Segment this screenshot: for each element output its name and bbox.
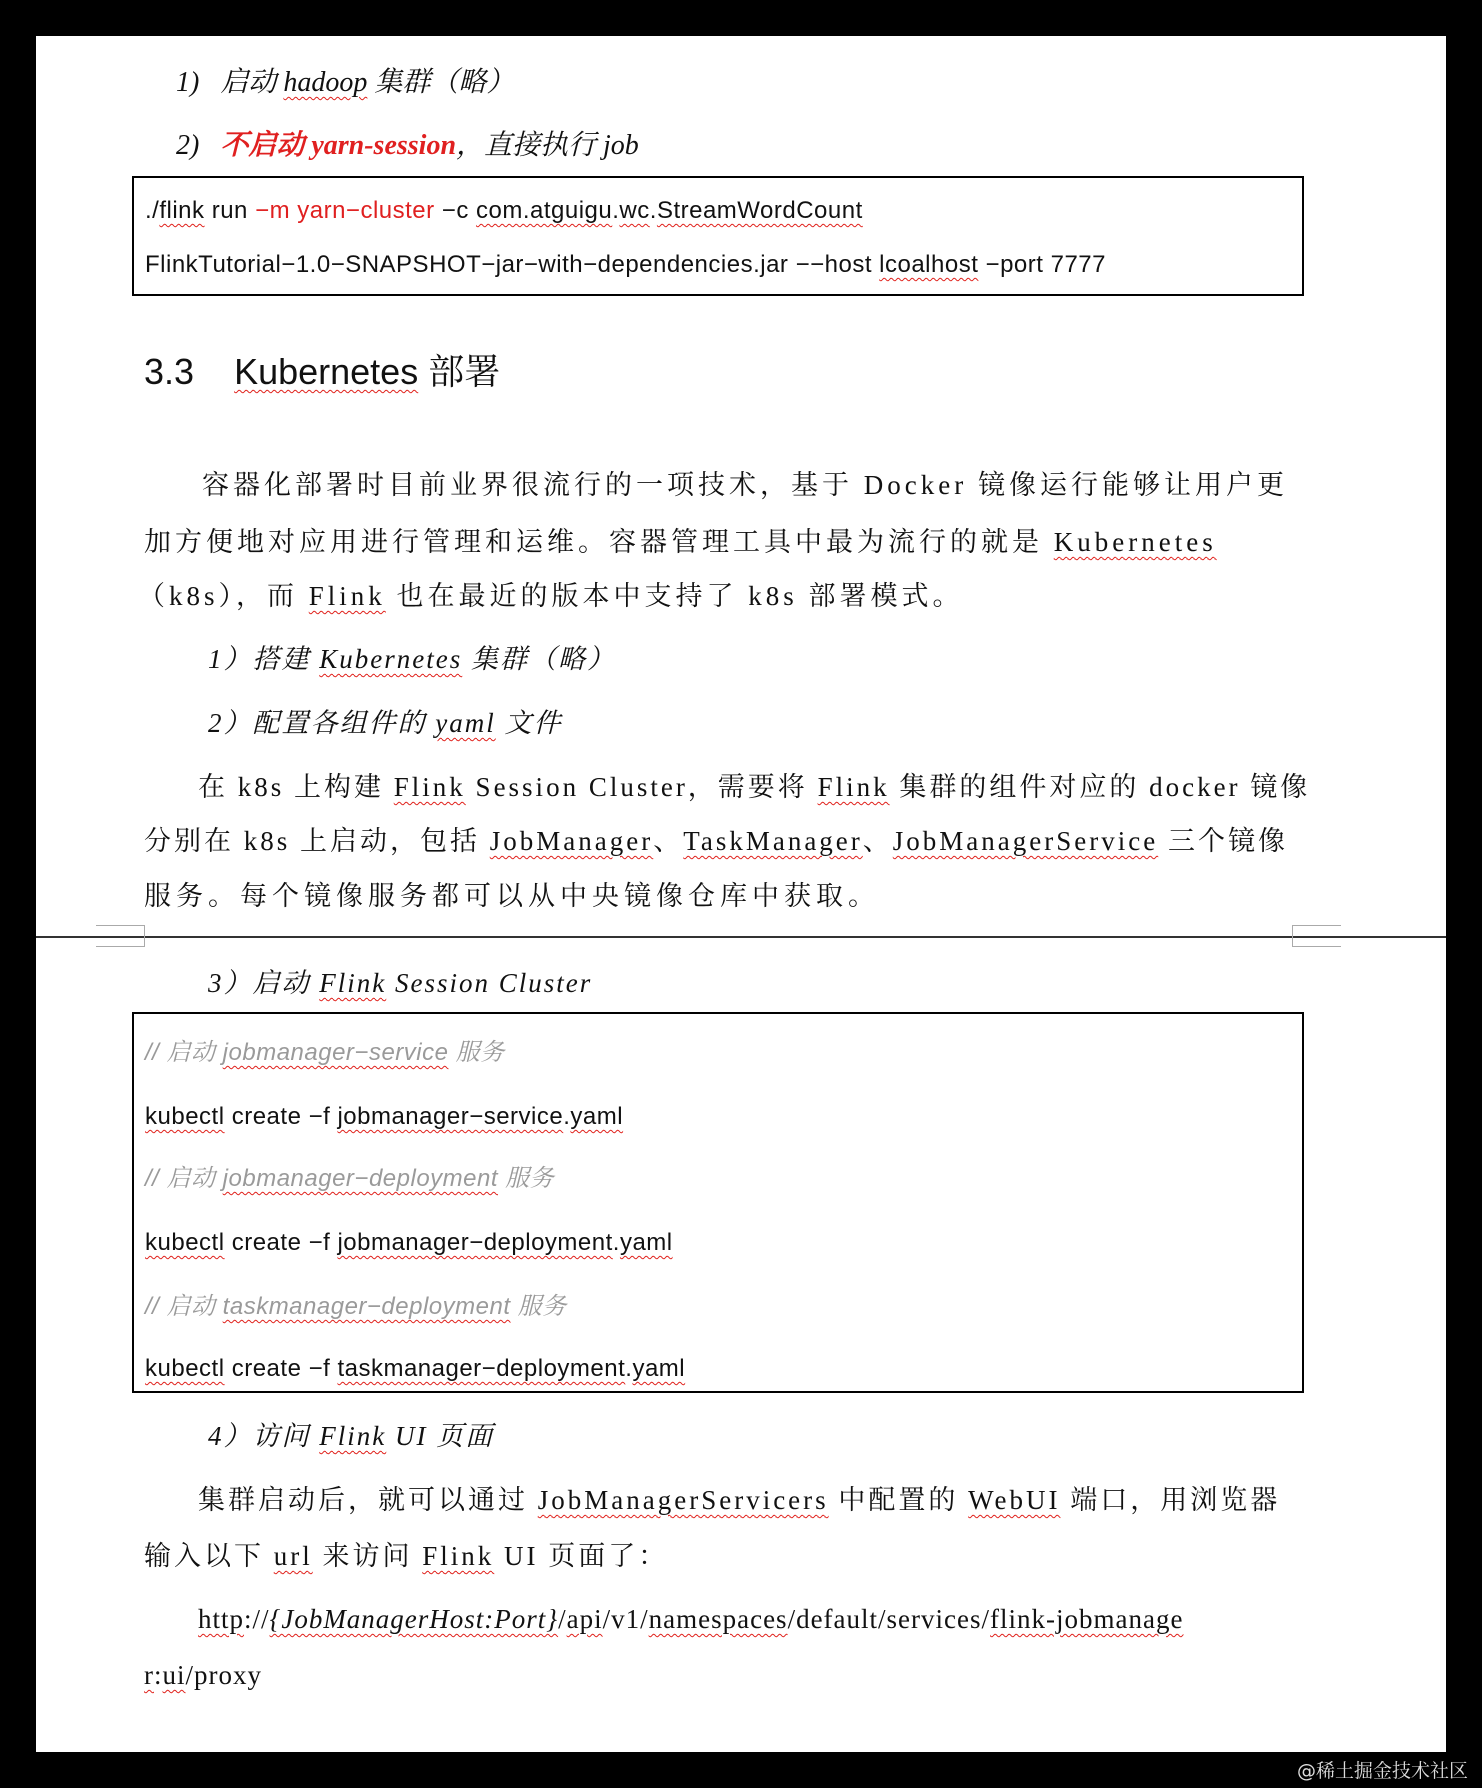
text: UI 页面了： (494, 1541, 668, 1571)
page-break-divider (36, 936, 1446, 938)
spellcheck-word: Flink (422, 1541, 494, 1571)
code-line: kubectl create −f taskmanager−deployment… (145, 1354, 685, 1384)
paragraph-line: 输入以下 url 来访问 Flink UI 页面了： (144, 1539, 668, 1573)
step-text: 集群（略） (462, 644, 616, 674)
code-text: −c (435, 197, 476, 224)
text: 分别在 k8s 上启动，包括 (144, 826, 490, 856)
text: // 启动 (145, 1039, 223, 1066)
text: 中配置的 (829, 1485, 969, 1515)
spellcheck-word: StreamWordCount (657, 197, 863, 224)
watermark: @稀土掘金技术社区 (1297, 1756, 1468, 1783)
code-text: run (205, 197, 256, 224)
step-setup-kubernetes: 1）搭建 Kubernetes 集群（略） (208, 642, 616, 676)
spellcheck-word: hadoop (283, 67, 367, 98)
spellcheck-word: jobmanager−deployment (223, 1165, 498, 1192)
spellcheck-word: yaml (570, 1103, 623, 1130)
spellcheck-word: JobManager (490, 826, 653, 856)
spellcheck-word: lcoalhost (879, 251, 978, 278)
paragraph-line: 服务。每个镜像服务都可以从中央镜像仓库中获取。 (144, 879, 880, 913)
text: 集群启动后，就可以通过 (198, 1485, 538, 1515)
spellcheck-word: http (198, 1604, 244, 1634)
page-corner-mark-right (1292, 925, 1341, 947)
text: : (154, 1660, 163, 1690)
step-text: Session Cluster (386, 968, 592, 998)
text: 三个镜像 (1158, 826, 1288, 856)
code-comment: // 启动 jobmanager−deployment 服务 (145, 1164, 554, 1194)
section-heading: 3.3 Kubernetes 部署 (144, 350, 500, 394)
step-text: 文件 (496, 708, 563, 738)
text: （k8s），而 (138, 581, 309, 611)
step-text: 访问 (253, 1421, 320, 1451)
text: /proxy (186, 1660, 263, 1690)
step-text: UI 页面 (386, 1421, 494, 1451)
spellcheck-word: WebUI (968, 1485, 1060, 1515)
code-text: FlinkTutorial−1.0−SNAPSHOT−jar−with−depe… (145, 251, 879, 278)
highlight-text: −m yarn−cluster (255, 197, 435, 224)
text: 、 (863, 826, 893, 856)
spellcheck-word: Flink (319, 1421, 386, 1451)
step-number: 2） (208, 708, 253, 738)
code-comment: // 启动 jobmanager−service 服务 (145, 1038, 505, 1068)
spellcheck-word: api (567, 1604, 603, 1634)
code-text: ./ (145, 197, 159, 224)
spellcheck-word: jobmanager−service (223, 1039, 449, 1066)
text: . (613, 1229, 620, 1256)
text: 服务 (511, 1293, 567, 1320)
text: create −f (225, 1355, 338, 1382)
step-number: 4） (208, 1421, 253, 1451)
spellcheck-word: taskmanager−deployment (223, 1293, 511, 1320)
text: /v1/ (603, 1604, 649, 1634)
spellcheck-word: JobManagerServicers (538, 1485, 829, 1515)
url-line: http://{JobManagerHost:Port}/api/v1/name… (198, 1602, 1183, 1636)
text: / (558, 1604, 567, 1634)
paragraph-line: 在 k8s 上构建 Flink Session Cluster，需要将 Flin… (198, 770, 1310, 804)
text: :// (244, 1604, 270, 1634)
step-configure-yaml: 2）配置各组件的 yaml 文件 (208, 706, 562, 740)
text: 服务 (448, 1039, 504, 1066)
spellcheck-word: Kubernetes (319, 644, 462, 674)
text: // 启动 (145, 1165, 223, 1192)
code-text: −port 7777 (978, 251, 1106, 278)
spellcheck-word: Flink (818, 772, 890, 802)
spellcheck-word: jobmanager−service (337, 1103, 563, 1130)
paragraph-line: 容器化部署时目前业界很流行的一项技术，基于 Docker 镜像运行能够让用户更 (202, 468, 1288, 502)
text: // 启动 (145, 1293, 223, 1320)
step-number: 3） (208, 968, 253, 998)
paragraph-line: 分别在 k8s 上启动，包括 JobManager、TaskManager、Jo… (144, 824, 1288, 858)
text: 也在最近的版本中支持了 k8s 部署模式。 (386, 581, 964, 611)
text: create −f (225, 1103, 338, 1130)
spellcheck-word: ui (163, 1660, 186, 1690)
text: 在 k8s 上构建 (198, 772, 394, 802)
code-text: . (650, 197, 657, 224)
spellcheck-word: namespaces (649, 1604, 788, 1634)
code-line: FlinkTutorial−1.0−SNAPSHOT−jar−with−depe… (145, 250, 1106, 280)
step-number: 1) (176, 67, 199, 98)
text: 来访问 (313, 1541, 423, 1571)
url-placeholder: {JobManagerHost:Port} (270, 1604, 559, 1634)
step-text: 集群（略） (367, 67, 514, 98)
spellcheck-word: kubectl (145, 1229, 225, 1256)
paragraph-line: （k8s），而 Flink 也在最近的版本中支持了 k8s 部署模式。 (138, 579, 964, 613)
section-number: 3.3 (144, 351, 194, 392)
spellcheck-word: JobManagerService (893, 826, 1158, 856)
code-line: ./flink run −m yarn−cluster −c com.atgui… (145, 196, 863, 226)
step-access-ui: 4）访问 Flink UI 页面 (208, 1419, 494, 1453)
paragraph-line: 集群启动后，就可以通过 JobManagerServicers 中配置的 Web… (198, 1483, 1280, 1517)
spellcheck-word: Flink (394, 772, 466, 802)
code-block-kubectl: // 启动 jobmanager−service 服务 kubectl crea… (132, 1012, 1304, 1393)
step-start-hadoop: 1) 启动 hadoop 集群（略） (176, 66, 514, 100)
spellcheck-word: Flink (319, 968, 386, 998)
text: 加方便地对应用进行管理和运维。容器管理工具中最为流行的就是 (144, 527, 1054, 557)
spellcheck-word: url (274, 1541, 313, 1571)
step-text: 配置各组件的 (253, 708, 436, 738)
spellcheck-word: wc (619, 197, 649, 224)
step-text: 搭建 (253, 644, 320, 674)
text: create −f (225, 1229, 338, 1256)
text: Session Cluster，需要将 (466, 772, 818, 802)
spellcheck-word: kubectl (145, 1103, 225, 1130)
step-start-session-cluster: 3）启动 Flink Session Cluster (208, 966, 592, 1000)
text: 端口，用浏览器 (1060, 1485, 1280, 1515)
step-number: 1） (208, 644, 253, 674)
code-line: kubectl create −f jobmanager−deployment.… (145, 1228, 673, 1258)
document-page: 1) 启动 hadoop 集群（略） 2) 不启动 yarn-session，直… (36, 36, 1446, 1752)
text: 集群的组件对应的 docker 镜像 (890, 772, 1311, 802)
spellcheck-word: jobmanager−deployment (337, 1229, 612, 1256)
step-run-job: 2) 不启动 yarn-session，直接执行 job (176, 129, 639, 163)
highlight-text: 不启动 yarn-session (220, 130, 456, 161)
code-line: kubectl create −f jobmanager−service.yam… (145, 1102, 623, 1132)
text: 、 (653, 826, 683, 856)
spellcheck-word: Kubernetes (1054, 527, 1217, 557)
spellcheck-word: flink-jobmanage (990, 1604, 1183, 1634)
step-text: ，直接执行 job (456, 130, 639, 161)
spellcheck-word: r (144, 1660, 154, 1690)
spellcheck-word: flink (159, 197, 204, 224)
step-text: 启动 (253, 968, 320, 998)
code-block-flink-run: ./flink run −m yarn−cluster −c com.atgui… (132, 176, 1304, 296)
step-text: 启动 (220, 67, 283, 98)
text: /default/services/ (788, 1604, 990, 1634)
text: 输入以下 (144, 1541, 274, 1571)
url-line: r:ui/proxy (144, 1658, 262, 1692)
step-number: 2) (176, 130, 199, 161)
spellcheck-word: com.atguigu (476, 197, 612, 224)
spellcheck-word: kubectl (145, 1355, 225, 1382)
spellcheck-word: yaml (620, 1229, 673, 1256)
spellcheck-word: taskmanager−deployment (337, 1355, 625, 1382)
spellcheck-word: yaml (435, 708, 495, 738)
page-corner-mark-left (96, 925, 145, 947)
paragraph-line: 加方便地对应用进行管理和运维。容器管理工具中最为流行的就是 Kubernetes (144, 525, 1217, 559)
spellcheck-word: Kubernetes (234, 351, 418, 392)
section-title: 部署 (418, 351, 500, 392)
text: 服务 (498, 1165, 554, 1192)
spellcheck-word: Flink (309, 581, 386, 611)
spellcheck-word: yaml (632, 1355, 685, 1382)
code-comment: // 启动 taskmanager−deployment 服务 (145, 1292, 567, 1322)
spellcheck-word: TaskManager (683, 826, 863, 856)
